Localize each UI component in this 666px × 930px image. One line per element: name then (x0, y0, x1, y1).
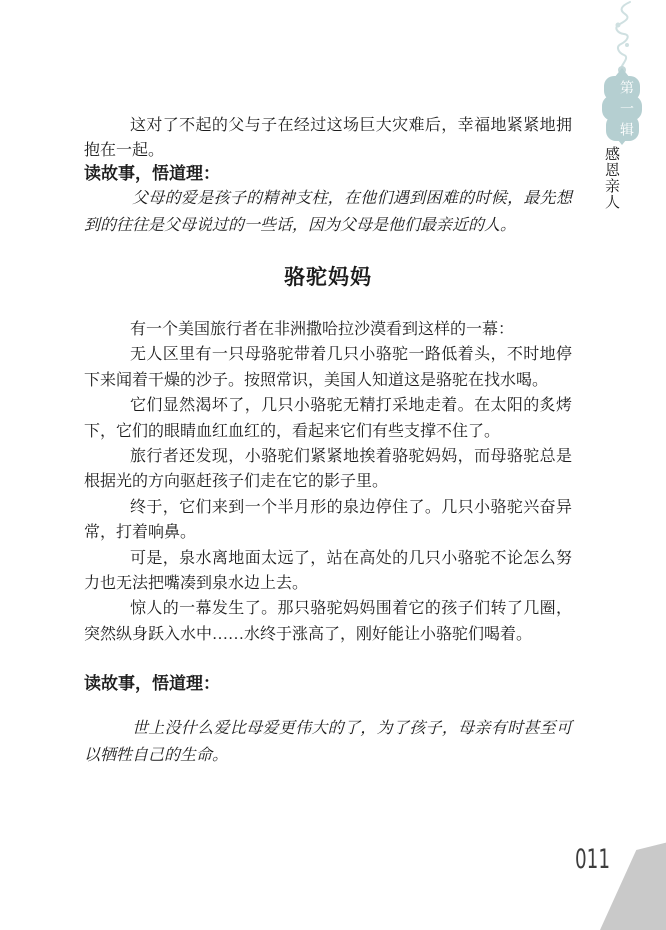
moral-text: 父母的爱是孩子的精神支柱，在他们遇到困难的时候，最先想到的往往是父母说过的一些话… (84, 185, 572, 239)
previous-story-closing-line: 这对了不起的父与子在经过这场巨大灾难后，幸福地紧紧地拥抱在一起。 (84, 113, 572, 163)
story-paragraph: 无人区里有一只母骆驼带着几只小骆驼一路低着头，不时地停下来闻着干燥的沙子。按照常… (84, 342, 572, 393)
vine-leaf-icon (616, 23, 621, 28)
moral-heading: 读故事，悟道理： (84, 163, 572, 185)
story-paragraph: 有一个美国旅行者在非洲撒哈拉沙漠看到这样的一幕： (84, 317, 572, 342)
story-paragraph: 旅行者还发现，小骆驼们紧紧地挨着骆驼妈妈，而母骆驼总是根据光的方向驱赶孩子们走在… (84, 444, 572, 495)
story-paragraph: 惊人的一幕发生了。那只骆驼妈妈围着它的孩子们转了几圈，突然纵身跃入水中……水终于… (84, 596, 572, 647)
text-column: 这对了不起的父与子在经过这场巨大灾难后，幸福地紧紧地拥抱在一起。 读故事，悟道理… (84, 0, 572, 769)
story-paragraph: 终于，它们来到一个半月形的泉边停住了。几只小骆驼兴奋异常，打着响鼻。 (84, 495, 572, 546)
moral-text: 世上没什么爱比母爱更伟大的了，为了孩子，母亲有时甚至可以牺牲自己的生命。 (84, 715, 572, 769)
book-page: 第一辑 感恩亲人 这对了不起的父与子在经过这场巨大灾难后，幸福地紧紧地拥抱在一起… (0, 0, 666, 930)
page-number: 011 (575, 844, 610, 875)
moral-heading: 读故事，悟道理： (84, 673, 572, 695)
story-body: 有一个美国旅行者在非洲撒哈拉沙漠看到这样的一幕： 无人区里有一只母骆驼带着几只小… (84, 317, 572, 647)
chapter-side-label: 感恩亲人 (601, 146, 621, 210)
volume-badge: 第一辑 (615, 80, 635, 143)
vine-leaf-icon (625, 43, 629, 47)
story-paragraph: 可是，泉水离地面太远了，站在高处的几只小骆驼不论怎么努力也无法把嘴凑到泉水边上去… (84, 546, 572, 597)
story-title: 骆驼妈妈 (84, 263, 572, 291)
chapter-ornament: 第一辑 (594, 0, 646, 146)
story-paragraph: 它们显然渴坏了，几只小骆驼无精打采地走着。在太阳的炙烤下，它们的眼睛血红血红的，… (84, 393, 572, 444)
vine-icon (616, 2, 630, 66)
